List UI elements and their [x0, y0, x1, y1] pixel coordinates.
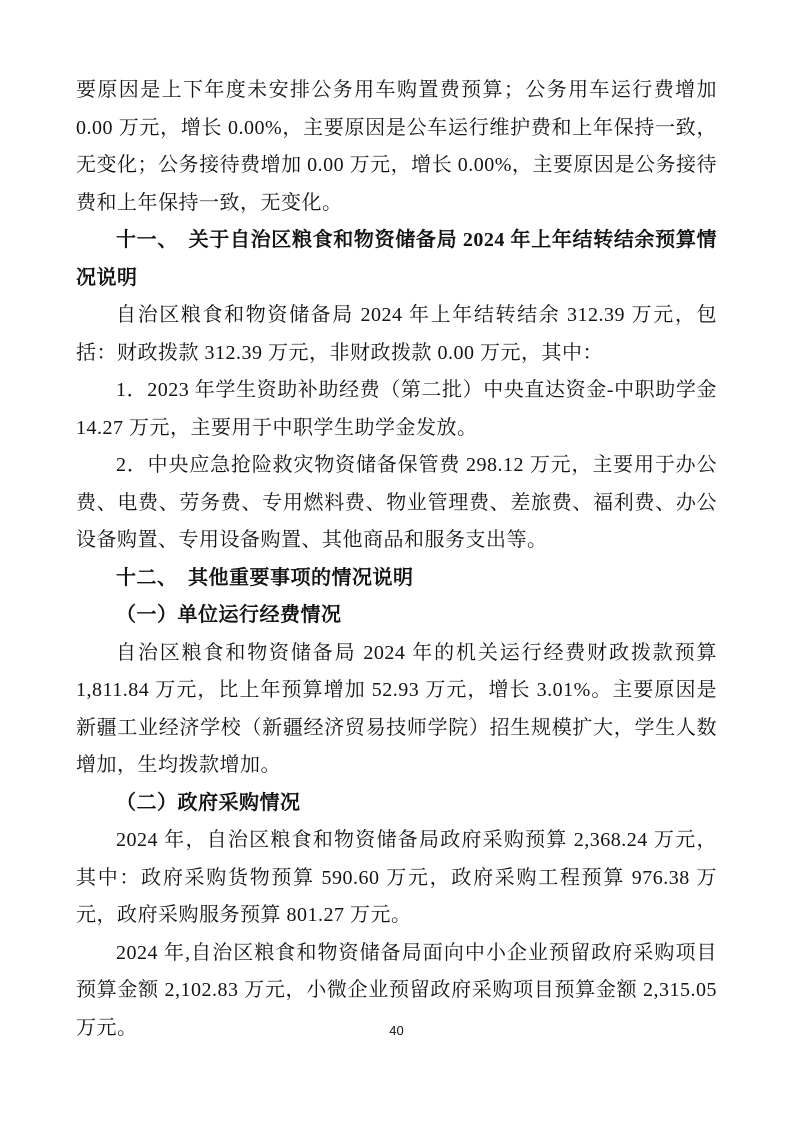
paragraph-procurement-budget-detail: 2024 年，自治区粮食和物资储备局政府采购预算 2,368.24 万元，其中：… [76, 822, 717, 935]
page-footer: 40 [0, 1022, 793, 1040]
subsection-heading-2-government-procurement: （二）政府采购情况 [76, 785, 717, 823]
document-page: 要原因是上下年度未安排公务用车购置费预算；公务用车运行费增加 0.00 万元，增… [0, 0, 793, 1122]
page-number: 40 [389, 1023, 403, 1038]
paragraph-item-2-emergency-reserve-fee: 2．中央应急抢险救灾物资储备保管费 298.12 万元，主要用于办公费、电费、劳… [76, 447, 717, 560]
paragraph-carryover-vehicle-expenses: 要原因是上下年度未安排公务用车购置费预算；公务用车运行费增加 0.00 万元，增… [76, 72, 717, 222]
subsection-heading-1-operating-funds: （一）单位运行经费情况 [76, 597, 717, 635]
section-heading-12-other-important-matters: 十二、 其他重要事项的情况说明 [76, 560, 717, 598]
document-body: 要原因是上下年度未安排公务用车购置费预算；公务用车运行费增加 0.00 万元，增… [76, 72, 717, 1047]
section-heading-11-carryover-balance: 十一、 关于自治区粮食和物资储备局 2024 年上年结转结余预算情况说明 [76, 222, 717, 297]
paragraph-carryover-balance-total: 自治区粮食和物资储备局 2024 年上年结转结余 312.39 万元，包括：财政… [76, 297, 717, 372]
paragraph-item-1-student-aid: 1．2023 年学生资助补助经费（第二批）中央直达资金-中职助学金 14.27 … [76, 372, 717, 447]
paragraph-operating-funds-detail: 自治区粮食和物资储备局 2024 年的机关运行经费财政拨款预算 1,811.84… [76, 635, 717, 785]
